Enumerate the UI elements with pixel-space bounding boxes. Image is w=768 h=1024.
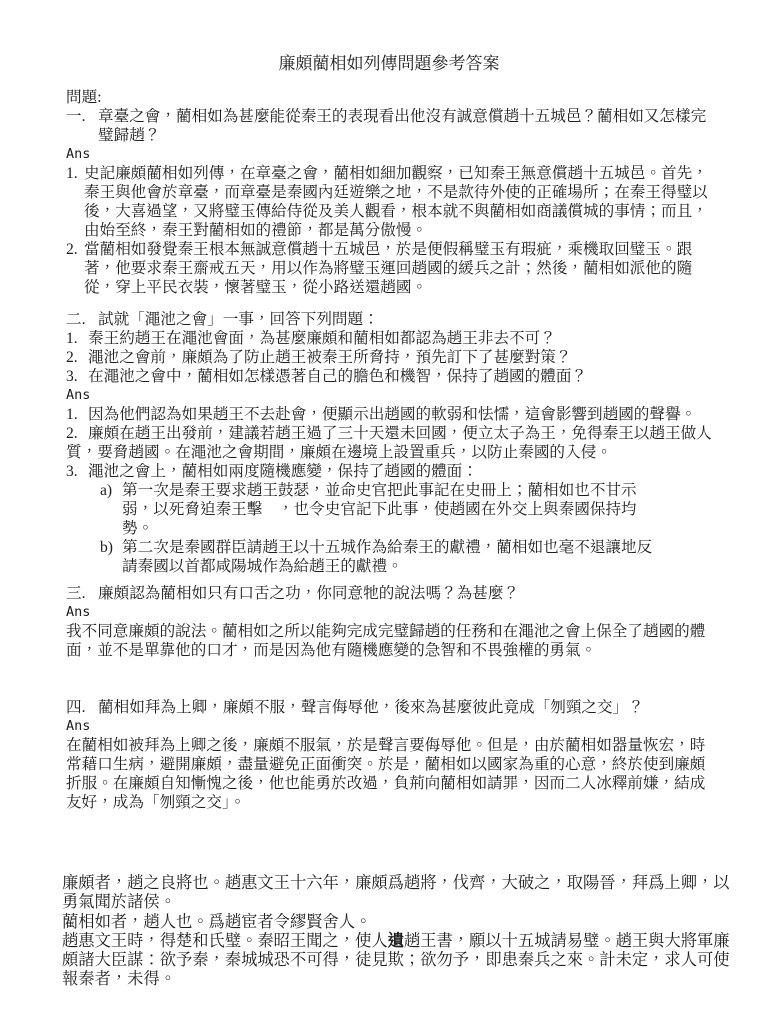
answer-text: 當藺相如發覺秦王根本無誠意償趙十五城邑，於是便假稱璧玉有瑕疵，乘機取回璧玉。跟著…: [84, 241, 692, 296]
sub-question-text: 秦王約趙王在澠池會面，為甚麼廉頗和藺相如都認為趙王非去不可？: [88, 330, 556, 347]
section-one-number: 一.: [66, 107, 98, 126]
section-one-question-text: 章臺之會，藺相如為甚麼能從秦王的表現看出他沒有誠意償趙十五城邑？藺相如又怎樣完璧…: [98, 108, 706, 144]
section-four-number: 四.: [66, 698, 98, 717]
classical-paragraph: 趙惠文王時，得楚和氏璧。秦昭王聞之，使人遺趙王書，願以十五城請易璧。趙王與大將軍…: [62, 931, 740, 989]
section-four-question-text: 藺相如拜為上卿，廉頗不服，聲言侮辱他，後來為甚麼彼此竟成「刎頸之交」？: [98, 699, 644, 716]
sub-question-number: 2.: [66, 348, 88, 367]
answer-item: 1.因為他們認為如果趙王不去赴會，便顯示出趙國的軟弱和怯懦，這會影響到趙國的聲譽…: [66, 405, 712, 424]
section-three-number: 三.: [66, 584, 98, 603]
section-two-number: 二.: [66, 310, 98, 329]
sub-question-text: 在澠池之會中，藺相如怎樣憑著自己的膽色和機智，保持了趙國的體面？: [88, 368, 587, 385]
sub-answer-item: a)第一次是秦王要求趙王鼓瑟，並命史官把此事記在史冊上；藺相如也不甘示弱，以死脅…: [100, 481, 662, 538]
answer-number: 3.: [66, 462, 88, 481]
sub-answer-letter: b): [100, 538, 122, 557]
ans-label: Ans: [66, 717, 712, 736]
sub-question-item: 2.澠池之會前，廉頗為了防止趙王被秦王所脅持，預先訂下了甚麼對策？: [66, 348, 712, 367]
sub-question-item: 3.在澠池之會中，藺相如怎樣憑著自己的膽色和機智，保持了趙國的體面？: [66, 367, 712, 386]
page-title: 廉頗藺相如列傳問題參考答案: [66, 54, 712, 74]
bold-emphasis-char: 遺: [388, 931, 404, 950]
sub-answer-letter: a): [100, 481, 122, 500]
document-page: 廉頗藺相如列傳問題參考答案 問題: 一.章臺之會，藺相如為甚麼能從秦王的表現看出…: [0, 0, 768, 1024]
answer-text: 澠池之會上，藺相如兩度隨機應變，保持了趙國的體面：: [88, 463, 478, 480]
answer-item: 2.廉頗在趙王出發前，建議若趙王過了三十天還未回國，便立太子為王，免得秦王以趙王…: [66, 424, 712, 462]
answer-number: 2.: [66, 240, 84, 259]
section-one-question: 一.章臺之會，藺相如為甚麼能從秦王的表現看出他沒有誠意償趙十五城邑？藺相如又怎樣…: [66, 107, 712, 145]
answer-item: 1.史記廉頗藺相如列傳，在章臺之會，藺相如細加觀察，已知秦王無意償趙十五城邑。首…: [66, 164, 712, 240]
sub-question-number: 1.: [66, 329, 88, 348]
sub-question-text: 澠池之會前，廉頗為了防止趙王被秦王所脅持，預先訂下了甚麼對策？: [88, 349, 571, 366]
sub-answer-item: b)第二次是秦國群臣請趙王以十五城作為給秦王的獻禮，藺相如也毫不退讓地反請秦國以…: [100, 538, 662, 576]
section-three-question-text: 廉頗認為藺相如只有口舌之功，你同意牠的說法嗎？為甚麼？: [98, 585, 519, 602]
classical-text-block: 廉頗者，趙之良將也。趙惠文王十六年，廉頗爲趙將，伐齊，大破之，取陽晉，拜爲上卿，…: [62, 873, 740, 989]
answer-number: 1.: [66, 405, 88, 424]
answer-paragraph: 在藺相如被拜為上卿之後，廉頗不服氣，於是聲言要侮辱他。但是，由於藺相如器量恢宏，…: [66, 736, 712, 812]
answer-paragraph: 我不同意廉頗的說法。藺相如之所以能夠完成完璧歸趙的任務和在澠池之會上保全了趙國的…: [66, 622, 712, 660]
sub-question-number: 3.: [66, 367, 88, 386]
ans-label: Ans: [66, 386, 712, 405]
answer-number: 1.: [66, 164, 84, 183]
answer-item: 2.當藺相如發覺秦王根本無誠意償趙十五城邑，於是便假稱璧玉有瑕疵，乘機取回璧玉。…: [66, 240, 712, 297]
classical-text-before: 趙惠文王時，得楚和氏璧。秦昭王聞之，使人: [62, 931, 388, 950]
answer-text: 史記廉頗藺相如列傳，在章臺之會，藺相如細加觀察，已知秦王無意償趙十五城邑。首先，…: [84, 165, 708, 239]
sub-question-item: 1.秦王約趙王在澠池會面，為甚麼廉頗和藺相如都認為趙王非去不可？: [66, 329, 712, 348]
section-two-question: 二.試就「澠池之會」一事，回答下列問題：: [66, 310, 712, 329]
section-three-question: 三.廉頗認為藺相如只有口舌之功，你同意牠的說法嗎？為甚麼？: [66, 584, 712, 603]
section-four-question: 四.藺相如拜為上卿，廉頗不服，聲言侮辱他，後來為甚麼彼此竟成「刎頸之交」？: [66, 698, 712, 717]
sub-answer-text: 第一次是秦王要求趙王鼓瑟，並命史官把此事記在史冊上；藺相如也不甘示弱，以死脅迫秦…: [122, 482, 637, 537]
classical-paragraph: 藺相如者，趙人也。爲趙宦者令繆賢舍人。: [62, 912, 740, 931]
answer-item: 3.澠池之會上，藺相如兩度隨機應變，保持了趙國的體面：: [66, 462, 712, 481]
answer-text: 廉頗在趙王出發前，建議若趙王過了三十天還未回國，便立太子為王，免得秦王以趙王做人…: [66, 425, 712, 461]
classical-paragraph: 廉頗者，趙之良將也。趙惠文王十六年，廉頗爲趙將，伐齊，大破之，取陽晉，拜爲上卿，…: [62, 873, 740, 912]
ans-label: Ans: [66, 603, 712, 622]
answer-text: 因為他們認為如果趙王不去赴會，便顯示出趙國的軟弱和怯懦，這會影響到趙國的聲譽。: [88, 406, 696, 423]
answer-number: 2.: [66, 424, 88, 443]
section-two-question-text: 試就「澠池之會」一事，回答下列問題：: [98, 311, 379, 328]
sub-answer-text: 第二次是秦國群臣請趙王以十五城作為給秦王的獻禮，藺相如也毫不退讓地反請秦國以首都…: [122, 539, 652, 575]
questions-label: 問題:: [66, 88, 712, 107]
ans-label: Ans: [66, 145, 712, 164]
